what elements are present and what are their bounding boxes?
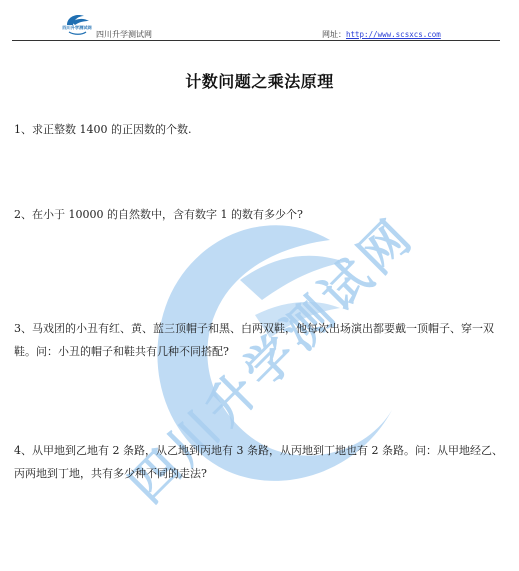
- header-divider: [12, 40, 500, 41]
- page-title: 计数问题之乘法原理: [0, 69, 519, 92]
- header-url: 网址：http://www.scsxcs.com: [322, 29, 441, 40]
- header-site-name: 四川升学测试网: [96, 29, 152, 40]
- url-label: 网址：: [322, 30, 346, 39]
- site-url-link[interactable]: http://www.scsxcs.com: [346, 30, 441, 39]
- question-2: 2、在小于 10000 的自然数中，含有数字 1 的数有多少个?: [14, 203, 506, 226]
- question-4: 4、从甲地到乙地有 2 条路，从乙地到丙地有 3 条路，从丙地到丁地也有 2 条…: [14, 439, 506, 485]
- question-3: 3、马戏团的小丑有红、黄、蓝三顶帽子和黑、白两双鞋，他每次出场演出都要戴一顶帽子…: [14, 317, 506, 363]
- site-logo-icon: 四川升学测试网: [60, 12, 94, 36]
- logo-text: 四川升学测试网: [62, 24, 92, 31]
- question-1: 1、求正整数 1400 的正因数的个数.: [14, 118, 506, 141]
- document-page: 四川升学测试网 四川升学测试网 四川升学测试网 网址：http://www.sc…: [0, 0, 519, 571]
